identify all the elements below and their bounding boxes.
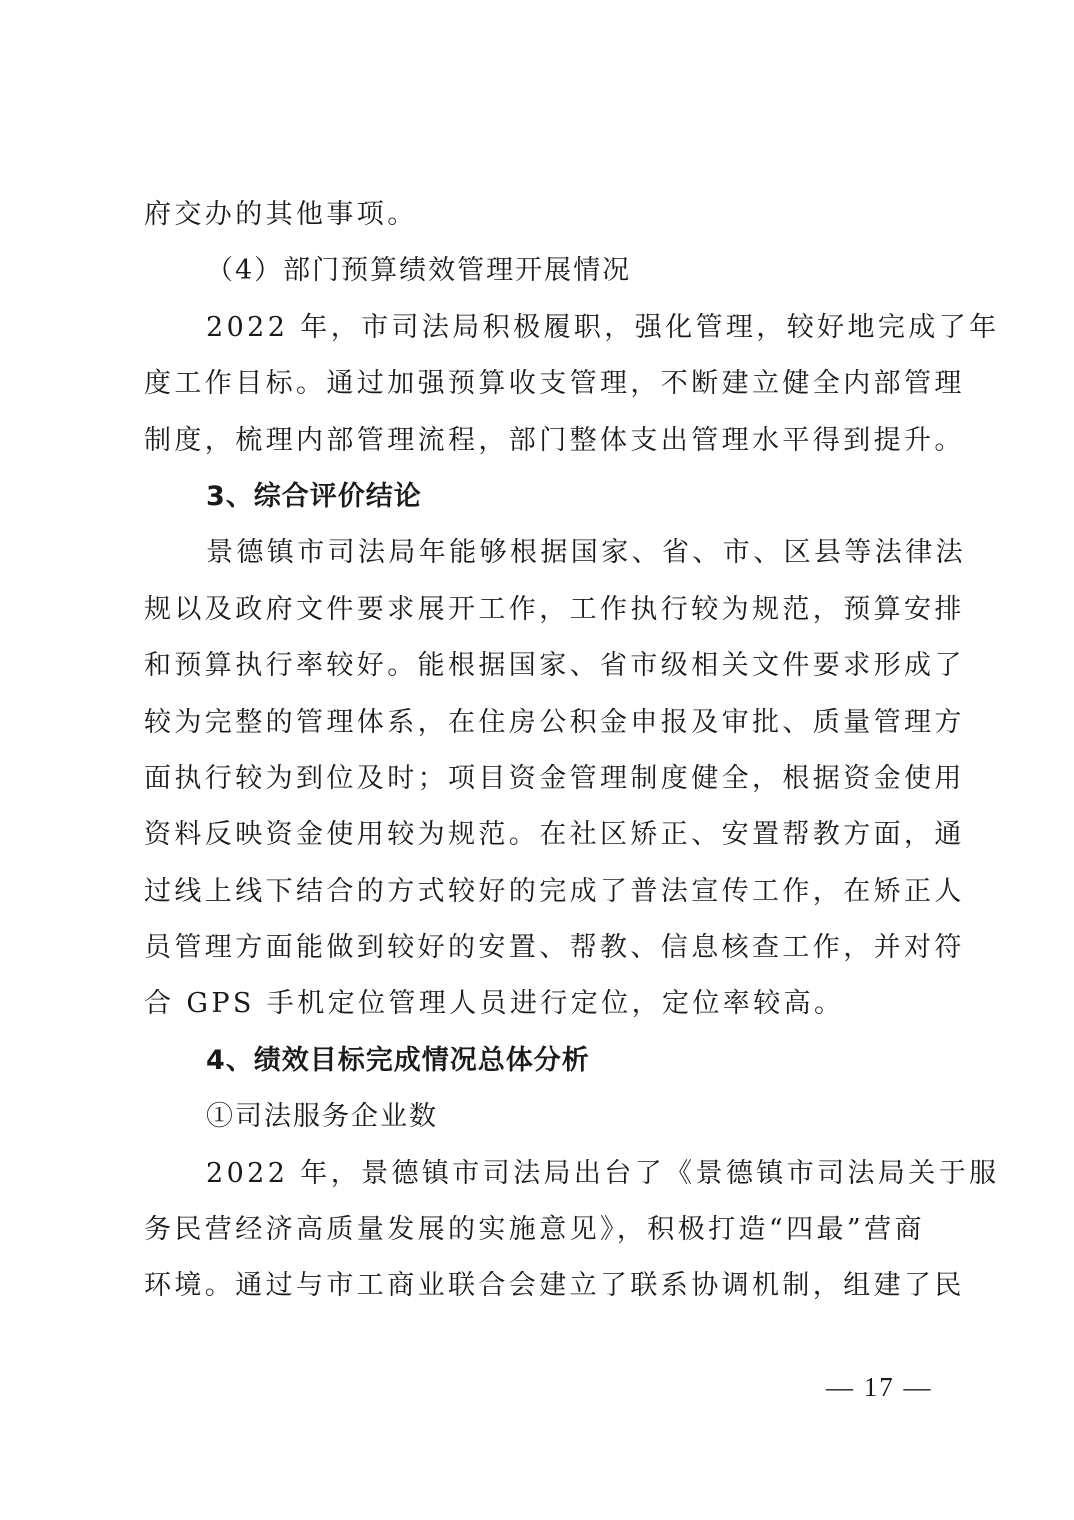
section-heading-goal-analysis: 4、绩效目标完成情况总体分析 [144, 1033, 934, 1089]
paragraph-line: 较为完整的管理体系，在住房公积金申报及审批、质量管理方 [144, 695, 934, 751]
document-body: 府交办的其他事项。 （4）部门预算绩效管理开展情况 2022 年，市司法局积极履… [144, 187, 934, 1315]
paragraph-line: 面执行较为到位及时；项目资金管理制度健全，根据资金使用 [144, 751, 934, 807]
paragraph-line: 资料反映资金使用较为规范。在社区矫正、安置帮教方面，通 [144, 807, 934, 863]
subsection-title-enterprises-served: ①司法服务企业数 [144, 1089, 934, 1145]
document-page: 府交办的其他事项。 （4）部门预算绩效管理开展情况 2022 年，市司法局积极履… [0, 0, 1074, 1520]
page-number: — 17 — [826, 1372, 933, 1403]
section-heading-evaluation-conclusion: 3、综合评价结论 [144, 469, 934, 525]
paragraph-line: 2022 年，景德镇市司法局出台了《景德镇市司法局关于服 [144, 1146, 934, 1202]
paragraph-line: 过线上线下结合的方式较好的完成了普法宣传工作，在矫正人 [144, 864, 934, 920]
paragraph-line: 合 GPS 手机定位管理人员进行定位，定位率较高。 [144, 976, 934, 1032]
paragraph-line: 府交办的其他事项。 [144, 187, 934, 243]
paragraph-line: 环境。通过与市工商业联合会建立了联系协调机制，组建了民 [144, 1258, 934, 1314]
subsection-title-budget-performance: （4）部门预算绩效管理开展情况 [144, 243, 934, 299]
paragraph-line: 务民营经济高质量发展的实施意见》，积极打造“四最”营商 [144, 1202, 934, 1258]
paragraph-line: 2022 年，市司法局积极履职，强化管理，较好地完成了年 [144, 300, 934, 356]
paragraph-line: 度工作目标。通过加强预算收支管理，不断建立健全内部管理 [144, 356, 934, 412]
paragraph-line: 制度，梳理内部管理流程，部门整体支出管理水平得到提升。 [144, 413, 934, 469]
paragraph-line: 和预算执行率较好。能根据国家、省市级相关文件要求形成了 [144, 638, 934, 694]
paragraph-line: 员管理方面能做到较好的安置、帮教、信息核查工作，并对符 [144, 920, 934, 976]
paragraph-line: 规以及政府文件要求展开工作，工作执行较为规范，预算安排 [144, 582, 934, 638]
paragraph-line: 景德镇市司法局年能够根据国家、省、市、区县等法律法 [144, 525, 934, 581]
